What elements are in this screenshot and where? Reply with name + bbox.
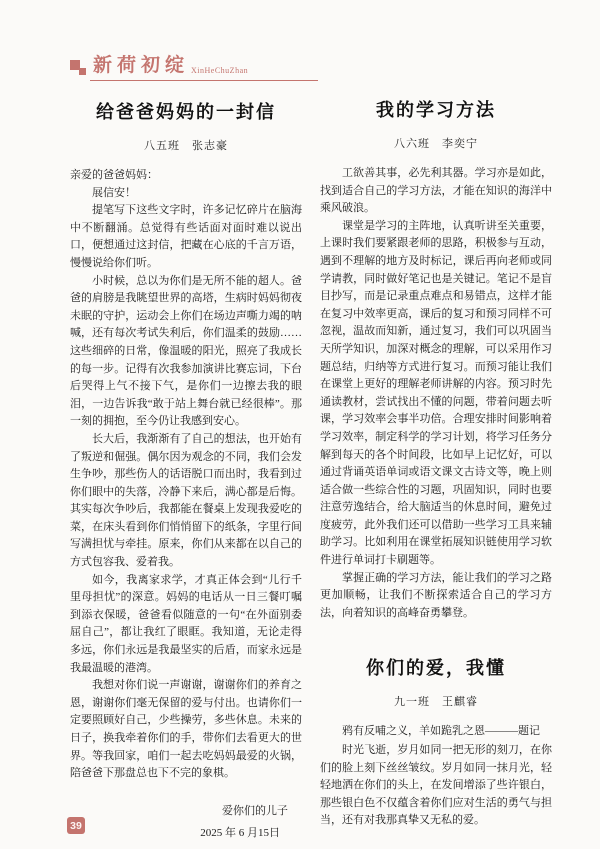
your-love-paragraphs: 时光飞逝，岁月如同一把无形的刻刀，在你们的脸上刻下丝丝皱纹。岁月如同一抹月光，轻… — [320, 742, 552, 830]
epigraph: 鸦有反哺之义，羊如跪乳之恩———题记 — [320, 723, 552, 741]
page: 新荷初绽 XinHeChuZhan 给爸爸妈妈的一封信 八五班 张志豪 亲爱的爸… — [0, 0, 600, 849]
paragraph: 小时候，总以为你们是无所不能的超人。爸爸的肩膀是我眺望世界的高塔，生病时妈妈彻夜… — [70, 273, 302, 431]
masthead-underline — [90, 80, 318, 81]
letter-salutation: 亲爱的爸爸妈妈： — [70, 167, 302, 185]
paragraph: 我想对你们说一声谢谢，谢谢你们的养育之恩，谢谢你们毫无保留的爱与付出。也请你们一… — [70, 677, 302, 783]
paragraph: 工欲善其事，必先利其器。学习亦是如此，找到适合自己的学习方法，才能在知识的海洋中… — [320, 165, 552, 218]
magazine-title: 新荷初绽 — [93, 50, 189, 77]
page-number: 39 — [70, 820, 82, 832]
paragraph: 如今，我离家求学，才真正体会到“儿行千里母担忧”的深意。妈妈的电话从一日三餐叮嘱… — [70, 572, 302, 678]
article-body-study-methods: 工欲善其事，必先利其器。学习亦是如此，找到适合自己的学习方法，才能在知识的海洋中… — [320, 165, 552, 622]
left-column: 给爸爸妈妈的一封信 八五班 张志豪 亲爱的爸爸妈妈： 展信安！ 提笔写下这些文字… — [70, 98, 302, 843]
magazine-title-pinyin: XinHeChuZhan — [191, 66, 248, 77]
paragraph: 长大后，我渐渐有了自己的想法，也开始有了叛逆和倔强。偶尔因为观念的不同，我们会发… — [70, 431, 302, 572]
masthead: 新荷初绽 XinHeChuZhan — [70, 50, 330, 81]
paragraph: 时光飞逝，岁月如同一把无形的刻刀，在你们的脸上刻下丝丝皱纹。岁月如同一抹月光，轻… — [320, 742, 552, 830]
paragraph: 提笔写下这些文字时，许多记忆碎片在脑海中不断翻涌。总觉得有些话面对面时难以说出口… — [70, 202, 302, 272]
paragraph: 课堂是学习的主阵地，认真听讲至关重要，上课时我们要紧跟老师的思路，积极参与互动，… — [320, 218, 552, 570]
article-byline-letter: 八五班 张志豪 — [70, 137, 302, 153]
letter-paragraphs: 提笔写下这些文字时，许多记忆碎片在脑海中不断翻涌。总觉得有些话面对面时难以说出口… — [70, 202, 302, 783]
article-title-study-methods: 我的学习方法 — [320, 96, 552, 122]
letter-greeting: 展信安！ — [70, 185, 302, 203]
article-body-your-love: 鸦有反哺之义，羊如跪乳之恩———题记 时光飞逝，岁月如同一把无形的刻刀，在你们的… — [320, 723, 552, 830]
right-column: 我的学习方法 八六班 李奕宁 工欲善其事，必先利其器。学习亦是如此，找到适合自己… — [320, 96, 552, 830]
logo-squares-icon — [70, 57, 88, 77]
article-title-your-love: 你们的爱，我懂 — [320, 654, 552, 680]
article-byline-your-love: 九一班 王麒睿 — [320, 693, 552, 709]
article-body-letter: 亲爱的爸爸妈妈： 展信安！ 提笔写下这些文字时，许多记忆碎片在脑海中不断翻涌。总… — [70, 167, 302, 843]
page-number-badge: 39 — [67, 817, 85, 834]
article-byline-study-methods: 八六班 李奕宁 — [320, 135, 552, 151]
letter-date: 2025 年 6 月15日 — [70, 825, 302, 843]
paragraph: 掌握正确的学习方法，能让我们的学习之路更加顺畅，让我们不断探索适合自己的学习方法… — [320, 570, 552, 623]
letter-signoff: 爱你们的儿子 — [70, 803, 302, 821]
article-title-letter: 给爸爸妈妈的一封信 — [70, 98, 302, 124]
